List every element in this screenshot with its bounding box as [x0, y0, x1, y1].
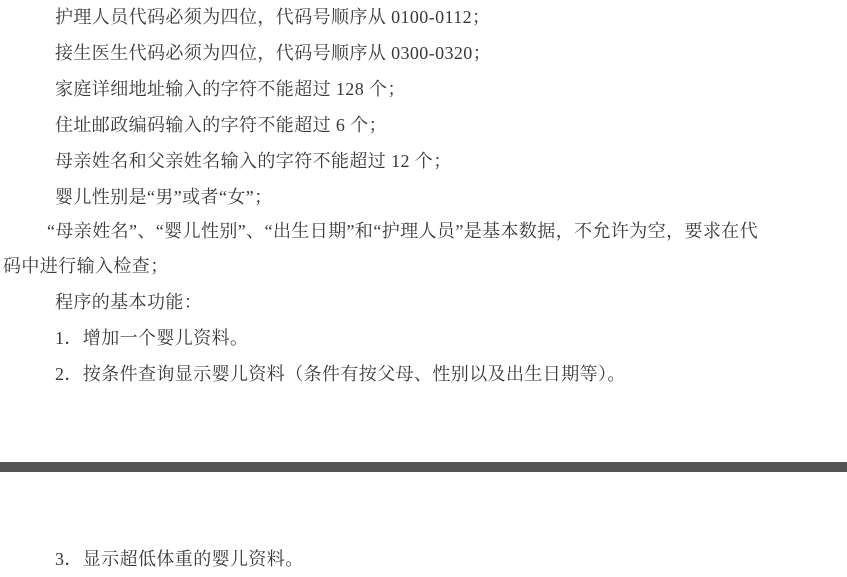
requirement-nurse-code: 护理人员代码必须为四位，代码号顺序从 0100-0112；: [55, 8, 490, 27]
requirement-basic-data: “母亲姓名”、“婴儿性别”、“出生日期”和“护理人员”是基本数据，不允许为空，要…: [47, 222, 758, 241]
function-item-add-baby: 1．增加一个婴儿资料。: [55, 329, 248, 348]
requirement-parent-names: 母亲姓名和父亲姓名输入的字符不能超过 12 个；: [55, 152, 452, 171]
function-item-query-baby: 2．按条件查询显示婴儿资料（条件有按父母、性别以及出生日期等）。: [55, 365, 626, 384]
requirement-doctor-code: 接生医生代码必须为四位，代码号顺序从 0300-0320；: [55, 44, 491, 63]
requirement-baby-gender: 婴儿性别是“男”或者“女”；: [55, 188, 273, 207]
requirement-basic-data-wrap: 码中进行输入检查；: [3, 257, 169, 276]
function-item-low-weight-baby: 3．显示超低体重的婴儿资料。: [55, 550, 304, 569]
program-functions-heading: 程序的基本功能：: [55, 293, 202, 312]
document-page: 护理人员代码必须为四位，代码号顺序从 0100-0112； 接生医生代码必须为四…: [0, 0, 847, 577]
page-break-divider: [0, 462, 847, 472]
requirement-postal-code: 住址邮政编码输入的字符不能超过 6 个；: [55, 116, 387, 135]
requirement-home-address: 家庭详细地址输入的字符不能超过 128 个；: [55, 80, 406, 99]
